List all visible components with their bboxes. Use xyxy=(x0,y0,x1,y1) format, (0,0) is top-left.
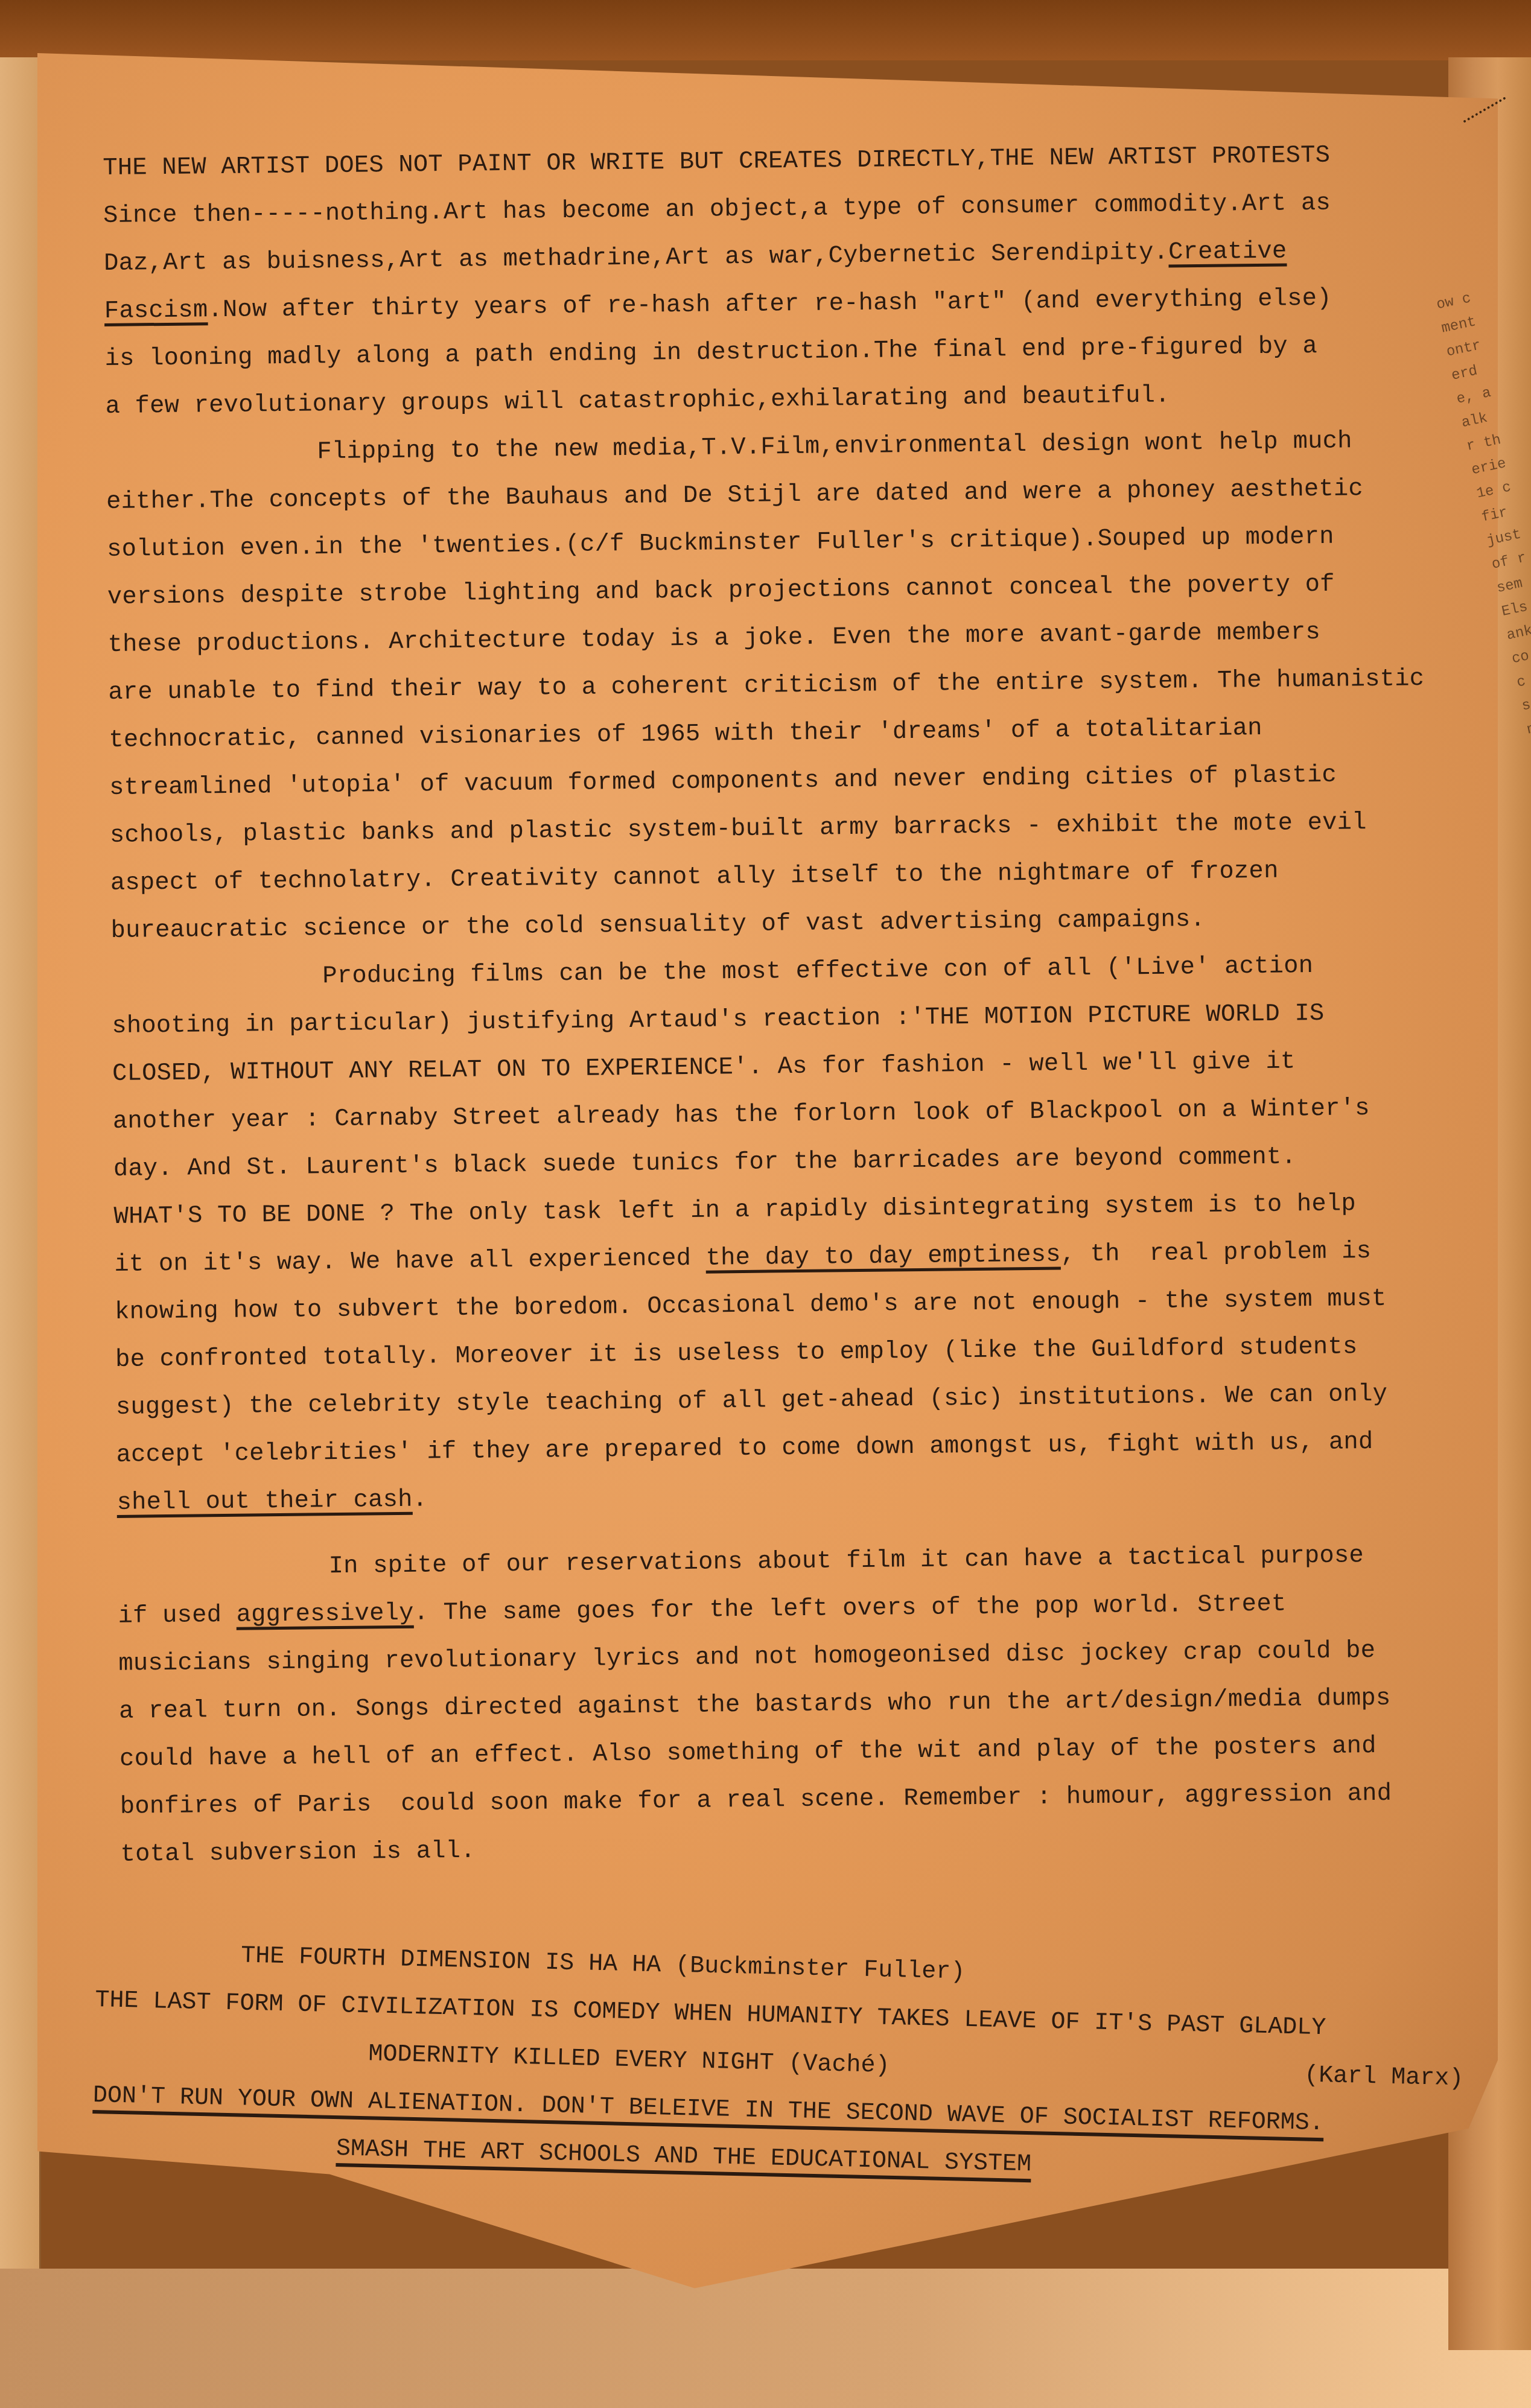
paragraph-1: THE NEW ARTIST DOES NOT PAINT OR WRITE B… xyxy=(103,131,1457,431)
typewritten-text: THE NEW ARTIST DOES NOT PAINT OR WRITE B… xyxy=(103,131,1472,1879)
paragraph-3: Producing films can be the most effectiv… xyxy=(111,941,1469,1526)
underlined-phrase: the day to day emptiness xyxy=(705,1241,1061,1272)
underlying-page-bottom xyxy=(0,2269,1531,2408)
quote-attribution: (Karl Marx) xyxy=(1303,2056,1463,2098)
underlying-page-edge xyxy=(0,57,41,2408)
underlined-phrase: aggressively xyxy=(236,1600,414,1629)
underlined-phrase: Creative xyxy=(1168,237,1287,266)
underlined-phrase: shell out their cash xyxy=(116,1486,413,1517)
background-surface xyxy=(0,0,1531,60)
closing-slogans: THE FOURTH DIMENSION IS HA HA (Buckminst… xyxy=(91,1934,1484,2203)
underlined-phrase: Fascism xyxy=(104,296,208,325)
paragraph-4: In spite of our reservations about film … xyxy=(117,1531,1472,1878)
paragraph-2: Flipping to the new media,T.V.Film,envir… xyxy=(106,417,1463,955)
